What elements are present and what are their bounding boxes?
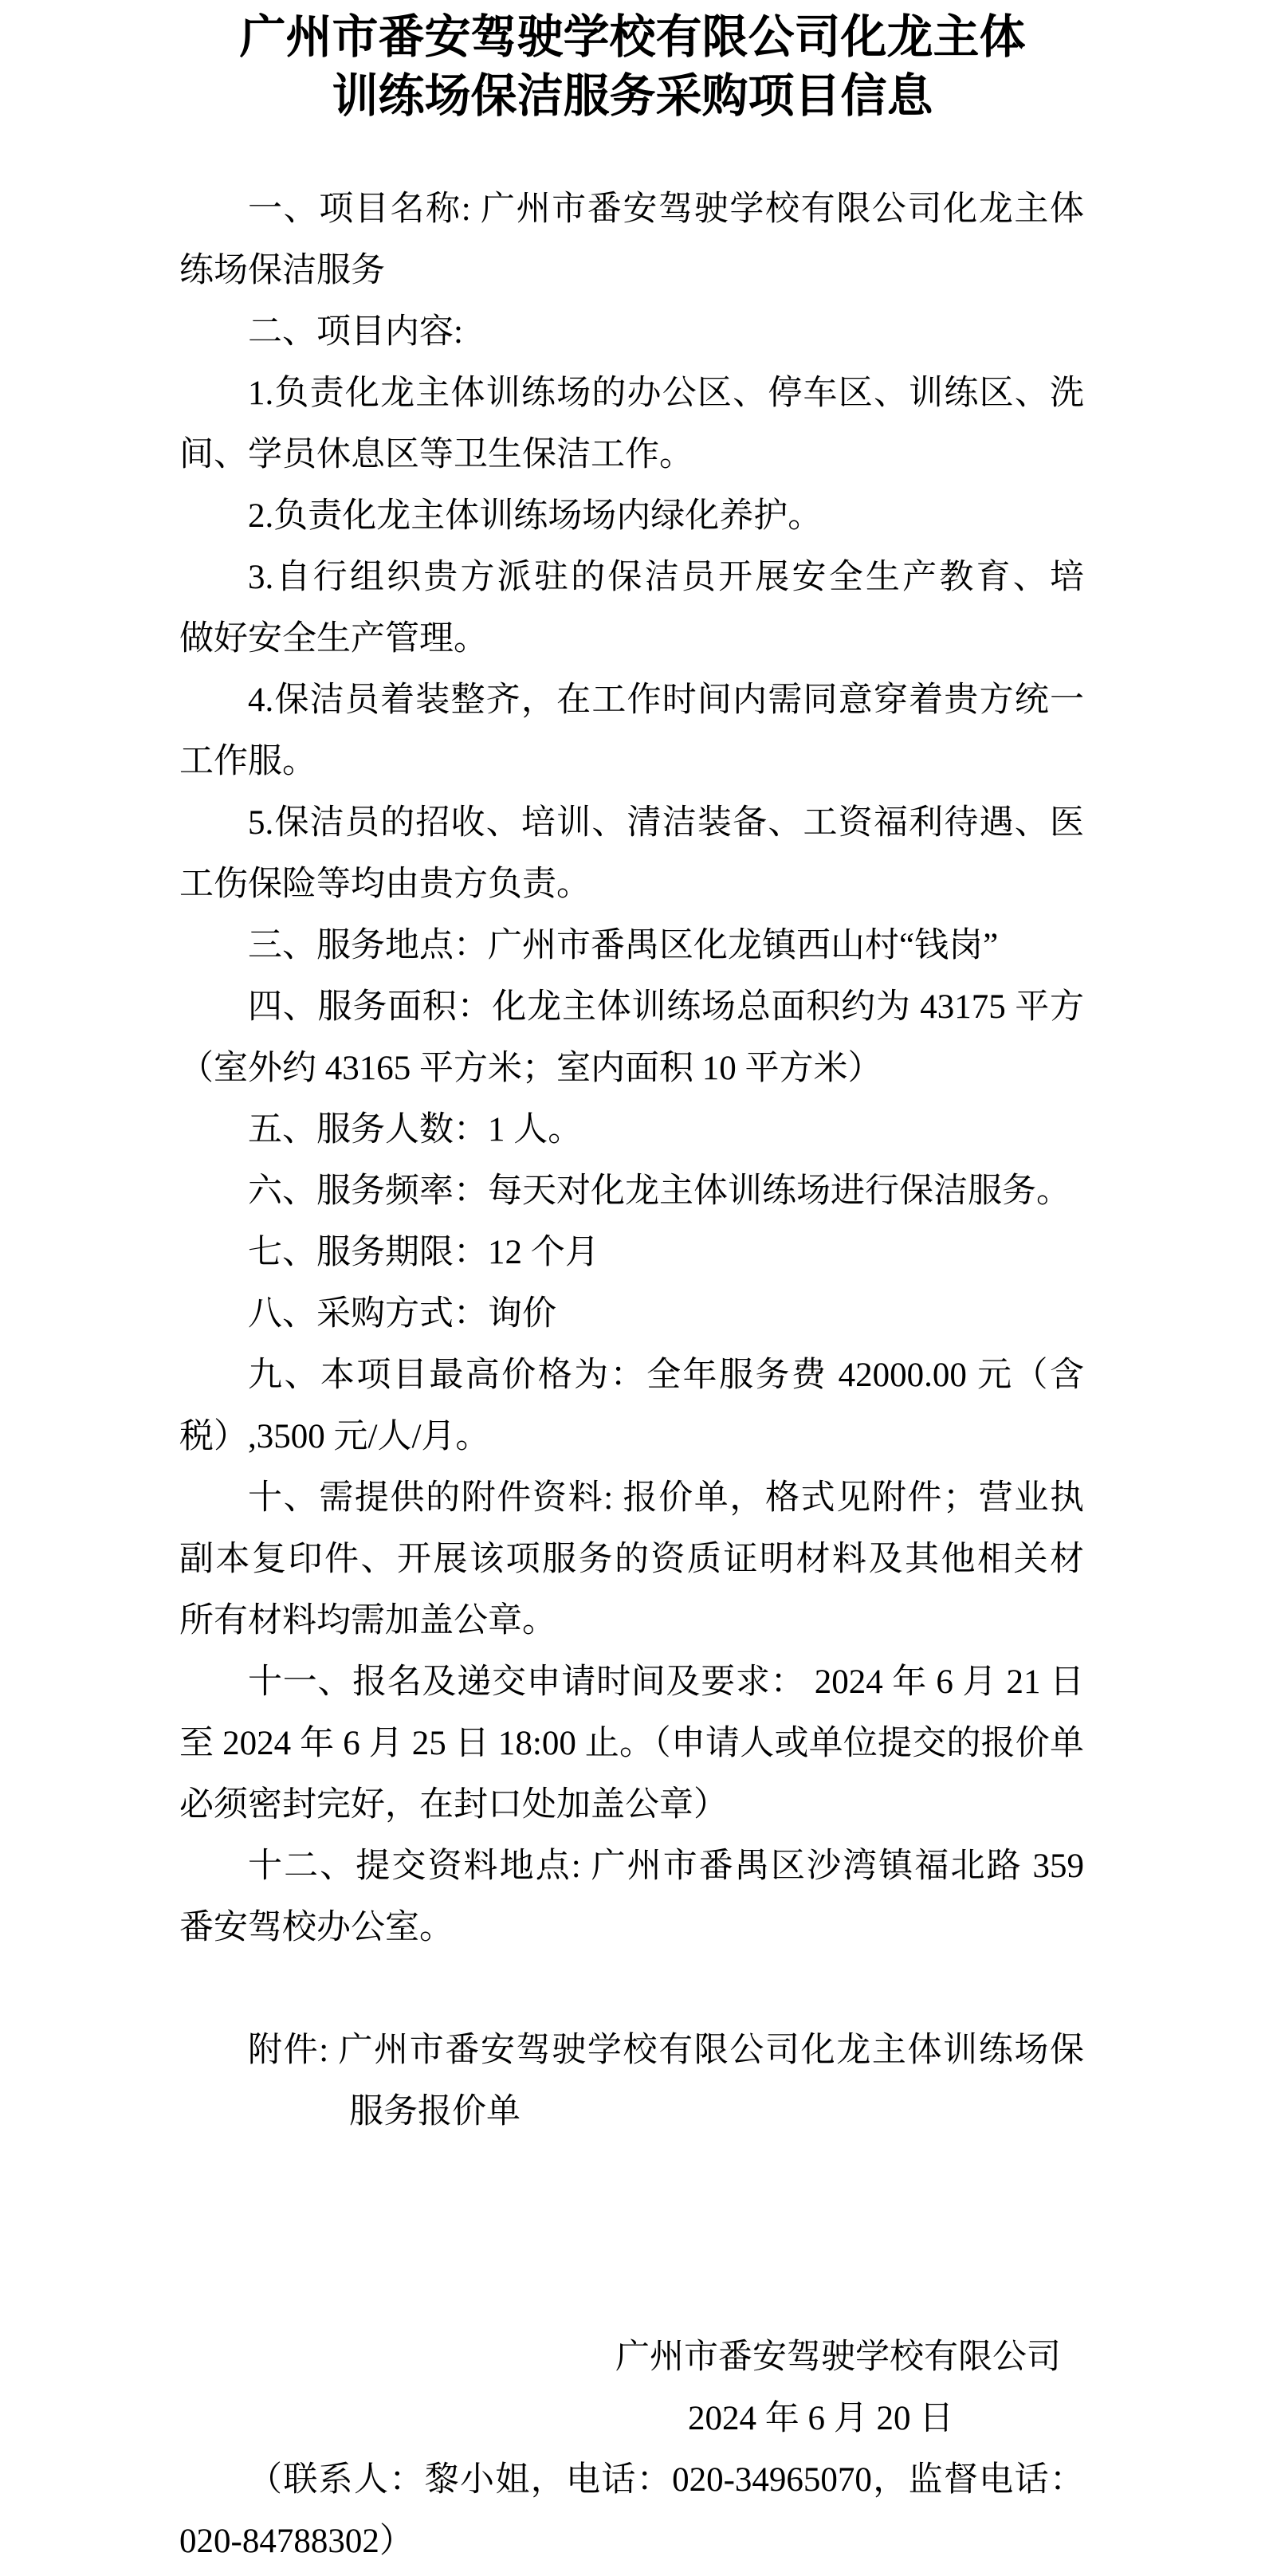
blank-line [179, 1958, 1084, 2020]
document-line: 三、服务地点：广州市番禺区化龙镇西山村“钱岗” [179, 915, 1084, 976]
document-line: 020-84788302） [179, 2511, 1084, 2572]
document-line: 八、采购方式：询价 [179, 1283, 1084, 1345]
document-line: （室外约 43165 平方米；室内面积 10 平方米） [179, 1038, 1084, 1099]
document-line: 练场保洁服务 [179, 240, 1084, 301]
document-line: 十二、提交资料地点: 广州市番禺区沙湾镇福北路 359 号 [179, 1836, 1084, 1897]
document-line: 3.自行组织贵方派驻的保洁员开展安全生产教育、培训， [179, 547, 1084, 608]
document-line: 十一、报名及递交申请时间及要求： 2024 年 6 月 21 日 [179, 1651, 1084, 1713]
document-line: 附件: 广州市番安驾驶学校有限公司化龙主体训练场保洁 [179, 2020, 1084, 2081]
document-title-line-2: 训练场保洁服务采购项目信息 [0, 67, 1265, 126]
document-line: 广州市番安驾驶学校有限公司 [179, 2327, 1084, 2388]
document-body: 一、项目名称: 广州市番安驾驶学校有限公司化龙主体训练场保洁服务二、项目内容:1… [179, 179, 1084, 2572]
document-line: （联系人：黎小姐，电话：020-34965070，监督电话： [179, 2449, 1084, 2511]
document-line: 番安驾校办公室。 [179, 1897, 1084, 1958]
document-line: 六、服务频率：每天对化龙主体训练场进行保洁服务。 [179, 1160, 1084, 1222]
blank-line [179, 2265, 1084, 2327]
document-line: 工作服。 [179, 731, 1084, 792]
document-line: 1.负责化龙主体训练场的办公区、停车区、训练区、洗手 [179, 363, 1084, 424]
document-line: 服务报价单 [179, 2081, 1084, 2142]
document-line: 四、服务面积：化龙主体训练场总面积约为 43175 平方米 [179, 976, 1084, 1038]
document-title: 广州市番安驾驶学校有限公司化龙主体 训练场保洁服务采购项目信息 [0, 0, 1265, 126]
document-line: 一、项目名称: 广州市番安驾驶学校有限公司化龙主体训 [179, 179, 1084, 240]
document-line: 二、项目内容: [179, 301, 1084, 363]
document-line: 间、学员休息区等卫生保洁工作。 [179, 424, 1084, 485]
document-page: 广州市番安驾驶学校有限公司化龙主体 训练场保洁服务采购项目信息 一、项目名称: … [0, 0, 1265, 2576]
blank-line [179, 2142, 1084, 2204]
document-line: 九、本项目最高价格为：全年服务费 42000.00 元（含 [179, 1345, 1084, 1406]
document-line: 2024 年 6 月 20 日 [179, 2388, 1084, 2449]
document-line: 必须密封完好，在封口处加盖公章） [179, 1774, 1084, 1836]
document-line: 至 2024 年 6 月 25 日 18:00 止。（申请人或单位提交的报价单 [179, 1713, 1084, 1774]
document-title-line-1: 广州市番安驾驶学校有限公司化龙主体 [0, 8, 1265, 67]
document-line: 五、服务人数：1 人。 [179, 1099, 1084, 1160]
document-line: 5.保洁员的招收、培训、清洁装备、工资福利待遇、医疗、 [179, 792, 1084, 854]
document-line: 七、服务期限：12 个月 [179, 1222, 1084, 1283]
document-line: 2.负责化龙主体训练场场内绿化养护。 [179, 485, 1084, 547]
document-line: 所有材料均需加盖公章。 [179, 1590, 1084, 1651]
blank-line [179, 2204, 1084, 2265]
document-line: 做好安全生产管理。 [179, 608, 1084, 670]
document-line: 税）,3500 元/人/月。 [179, 1406, 1084, 1467]
document-line: 4.保洁员着装整齐，在工作时间内需同意穿着贵方统一的 [179, 670, 1084, 731]
document-line: 工伤保险等均由贵方负责。 [179, 854, 1084, 915]
document-line: 副本复印件、开展该项服务的资质证明材料及其他相关材料。 [179, 1529, 1084, 1590]
document-line: 十、需提供的附件资料: 报价单，格式见附件；营业执照 [179, 1467, 1084, 1529]
